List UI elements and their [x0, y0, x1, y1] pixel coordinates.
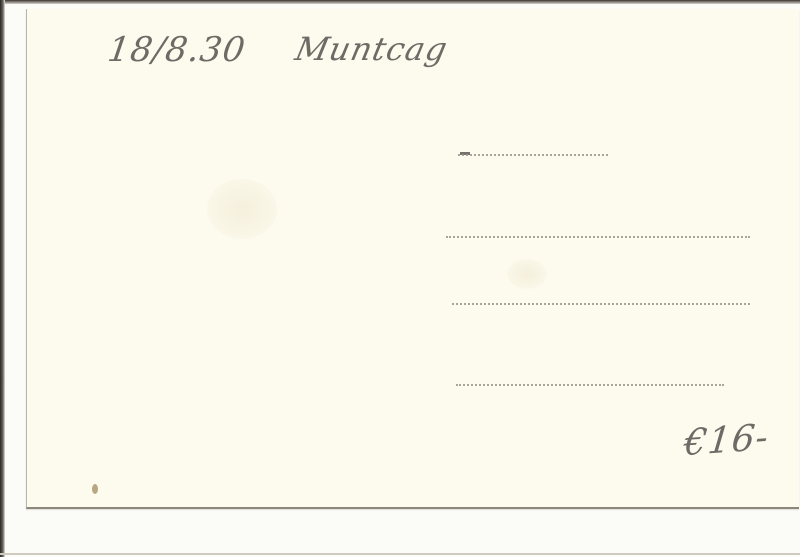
postcard-back	[26, 9, 799, 509]
handwritten-date: 18/8.30	[105, 30, 248, 70]
scan-left-edge	[0, 0, 5, 557]
address-line-3	[452, 303, 750, 305]
handwritten-price: €16-	[682, 417, 771, 464]
paper-stain	[207, 179, 277, 239]
scan-bottom-edge	[0, 553, 800, 555]
address-line-4	[456, 384, 724, 386]
paper-stain	[507, 259, 547, 289]
address-line-2	[446, 236, 750, 238]
address-line-1	[458, 154, 608, 156]
handwritten-note: Muntcag	[292, 30, 451, 68]
scan-top-edge	[0, 0, 800, 4]
paper-spot	[92, 484, 98, 494]
